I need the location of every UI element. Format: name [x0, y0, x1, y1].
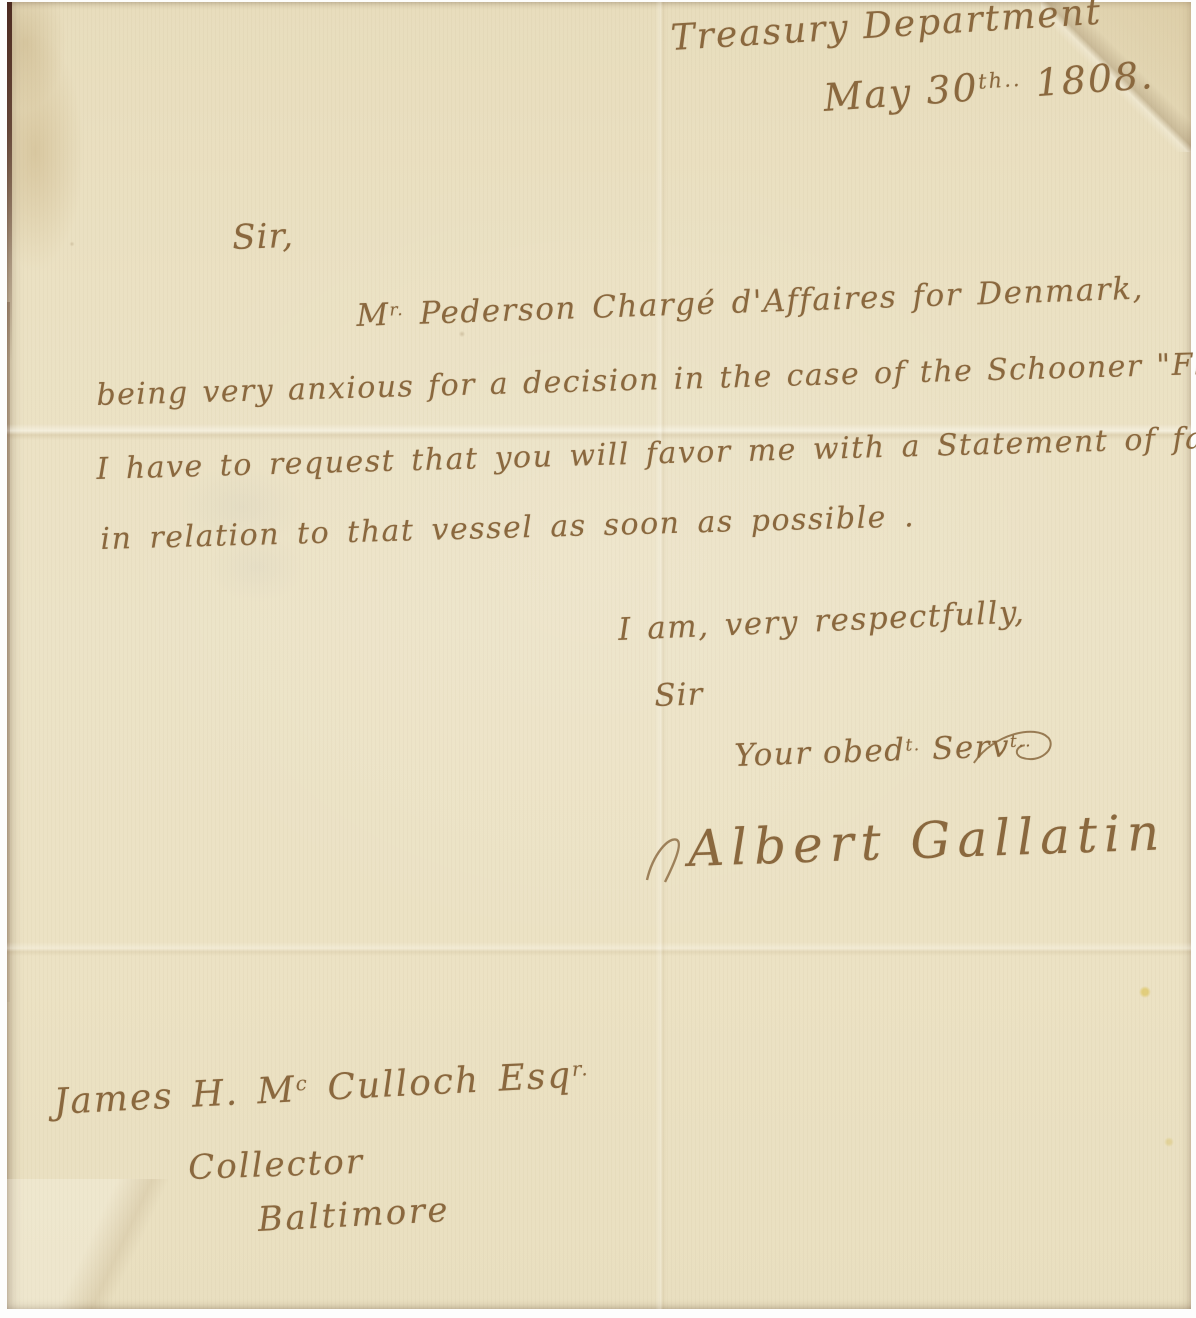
date-year: 1808. — [1020, 53, 1156, 106]
body-line-2: being very anxious for a decision in the… — [96, 343, 1196, 413]
letter-scan: Treasury Department May 30th.. 1808. Sir… — [0, 0, 1196, 1318]
closing-respectfully-text: I am, very respectfully, — [617, 594, 1026, 648]
fold-crease-bottom-left — [7, 1179, 237, 1309]
recipient-name-pre: James H. M — [53, 1069, 297, 1123]
address-recipient: James H. Mc Culloch Esqr. — [53, 1054, 591, 1123]
address-title-text: Collector — [188, 1142, 365, 1188]
closing-obed-sup: t. — [905, 735, 921, 756]
fold-crease-horizontal-lower — [7, 942, 1191, 956]
body-line-4-text: in relation to that vessel as soon as po… — [100, 499, 915, 557]
closing-respectfully: I am, very respectfully, — [617, 594, 1026, 648]
pen-flourish-icon — [967, 721, 1062, 777]
body-line-4: in relation to that vessel as soon as po… — [100, 499, 915, 557]
paper-sheet: Treasury Department May 30th.. 1808. Sir… — [7, 2, 1191, 1309]
address-title: Collector — [188, 1142, 365, 1188]
address-city-text: Baltimore — [257, 1190, 451, 1240]
recipient-sup-c: c — [295, 1072, 309, 1096]
letterhead-department: Treasury Department — [669, 0, 1103, 59]
date-day: May 30 — [822, 65, 980, 120]
body-line-1-sup: r. — [389, 300, 404, 321]
closing-sir-text: Sir — [654, 676, 704, 714]
paper-edge-left-lower — [7, 302, 10, 1002]
body-line-2-text: being very anxious for a decision in the… — [96, 343, 1196, 413]
signature-lead-flourish-icon — [643, 830, 689, 886]
recipient-name-mid: Culloch Esq — [308, 1055, 573, 1110]
closing-sir: Sir — [654, 676, 704, 714]
address-city: Baltimore — [257, 1190, 451, 1240]
fold-crease-vertical-center — [655, 2, 667, 1309]
body-line-1-rest: Pederson Chargé d'Affaires for Denmark, — [404, 271, 1145, 333]
closing-obed-text: Your obed — [734, 732, 906, 774]
signature: Albert Gallatin — [687, 803, 1167, 878]
date-ordinal: th.. — [977, 67, 1022, 94]
recipient-sup-r: r. — [571, 1057, 590, 1081]
signature-text: Albert Gallatin — [687, 803, 1167, 878]
body-line-1-pre: M — [356, 297, 390, 334]
salutation: Sir, — [232, 216, 295, 258]
body-line-1: Mr. Pederson Chargé d'Affaires for Denma… — [356, 271, 1145, 334]
department-text: Treasury Department — [669, 0, 1103, 59]
salutation-text: Sir, — [232, 216, 295, 258]
